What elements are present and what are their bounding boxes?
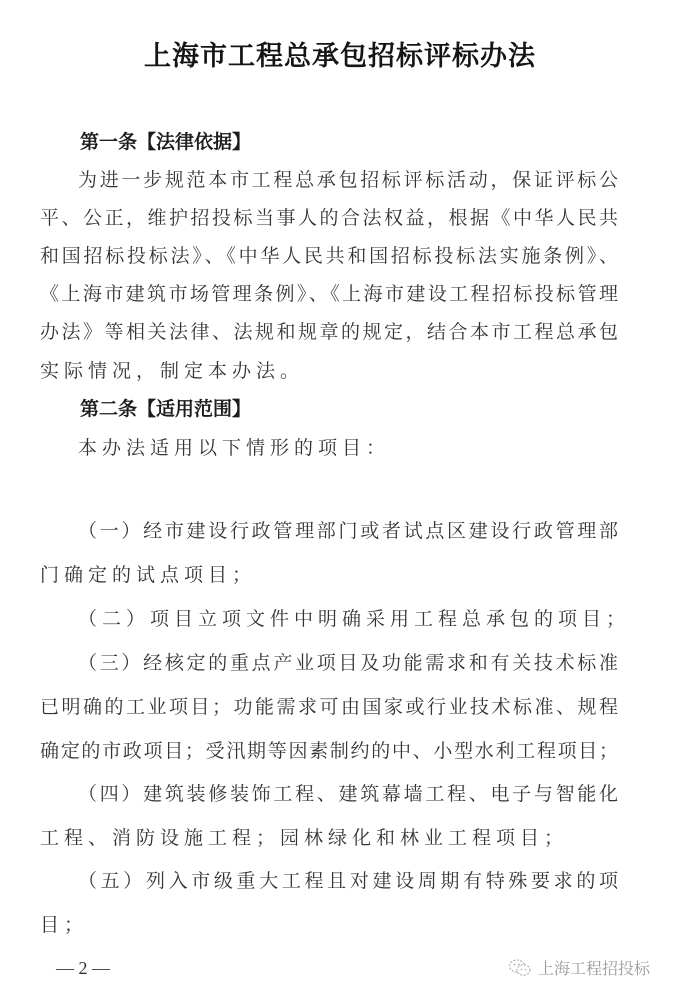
paragraph-line: 和国招标投标法》、《中华人民共和国招标投标法实施条例》、 (40, 241, 618, 271)
paragraph-line: 实际情况，制定本办法。 (40, 356, 618, 386)
paragraph-line: 平、公正，维护招投标当事人的合法权益，根据《中华人民共 (40, 203, 618, 233)
list-item-line: （四）建筑装修装饰工程、建筑幕墙工程、电子与智能化 (78, 779, 618, 809)
list-item-line: （二）项目立项文件中明确采用工程总承包的项目； (78, 604, 618, 634)
watermark-text: 上海工程招投标 (538, 956, 650, 979)
list-item-line: 目； (40, 910, 618, 940)
paragraph-line: 《上海市建筑市场管理条例》、《上海市建设工程招标投标管理 (40, 279, 618, 309)
watermark: 上海工程招投标 (508, 956, 650, 979)
list-item-line: 确定的市政项目；受汛期等因素制约的中、小型水利工程项目； (40, 736, 618, 766)
list-item-line: 已明确的工业项目；功能需求可由国家或行业技术标准、规程 (40, 692, 618, 722)
list-item-line: （五）列入市级重大工程且对建设周期有特殊要求的项 (78, 866, 618, 896)
paragraph-line: 为进一步规范本市工程总承包招标评标活动，保证评标公 (78, 165, 618, 195)
section-heading-1: 第一条【法律依据】 (80, 127, 251, 157)
list-item-line: 门确定的试点项目； (40, 560, 618, 590)
list-item-line: （一）经市建设行政管理部门或者试点区建设行政管理部 (78, 516, 618, 546)
wechat-icon (508, 958, 532, 978)
list-item-line: （三）经核定的重点产业项目及功能需求和有关技术标准 (78, 648, 618, 678)
section-heading-2: 第二条【适用范围】 (80, 394, 251, 424)
page-number: — 2 — (56, 958, 110, 979)
paragraph-line: 办法》等相关法律、法规和规章的规定，结合本市工程总承包 (40, 317, 618, 347)
paragraph-line: 本办法适用以下情形的项目： (78, 433, 618, 463)
document-title: 上海市工程总承包招标评标办法 (0, 34, 680, 73)
list-item-line: 工程、消防设施工程；园林绿化和林业工程项目； (40, 823, 618, 853)
